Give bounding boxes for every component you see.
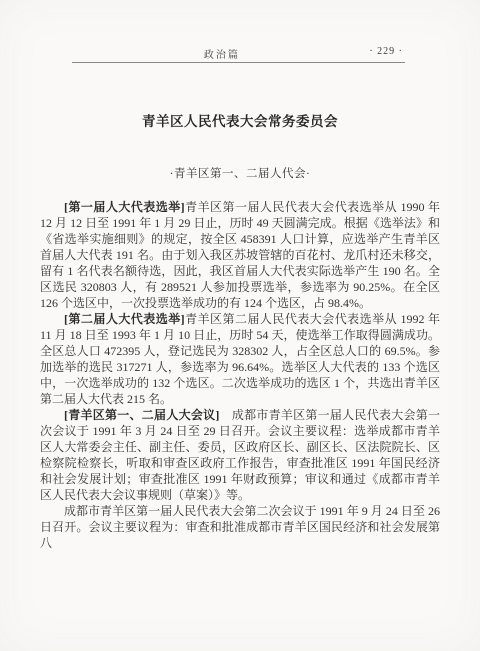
article-title: 青羊区人民代表大会常务委员会 [40, 110, 440, 130]
paragraph-congress-sessions: [青羊区第一、二届人大会议] 成都市青羊区第一届人民代表大会第一次会议于 199… [40, 407, 440, 503]
entry-head: [第二届人大代表选举] [64, 312, 185, 326]
section-subtitle: ·青羊区第一、二届人代会· [40, 165, 440, 181]
paragraph-text: 成都市青羊区第一届人民代表大会第二次会议于 1991 年 9 月 24 日至 2… [40, 504, 440, 550]
entry-head: [青羊区第一、二届人大会议] [64, 408, 219, 422]
paragraph-text: 青羊区第一届人民代表大会代表选举从 1990 年 12 月 12 日至 1991… [40, 200, 440, 310]
paragraph-first-election: [第一届人大代表选举]青羊区第一届人民代表大会代表选举从 1990 年 12 月… [40, 199, 440, 311]
paragraph-second-election: [第二届人大代表选举]青羊区第二届人民代表大会代表选举从 1992 年 11 月… [40, 311, 440, 407]
paragraph-second-session: 成都市青羊区第一届人民代表大会第二次会议于 1991 年 9 月 24 日至 2… [40, 503, 440, 551]
running-header: 政治篇 · 229 · [72, 45, 405, 63]
header-page-number: · 229 · [369, 46, 403, 57]
paragraph-text: 青羊区第二届人民代表大会代表选举从 1992 年 11 月 18 日至 1993… [40, 312, 440, 406]
entry-head: [第一届人大代表选举] [64, 200, 185, 214]
scanned-book-page: 政治篇 · 229 · 青羊区人民代表大会常务委员会 ·青羊区第一、二届人代会·… [0, 0, 480, 651]
paragraph-text: 成都市青羊区第一届人民代表大会第一次会议于 1991 年 3 月 24 日至 2… [40, 408, 440, 502]
body-text: [第一届人大代表选举]青羊区第一届人民代表大会代表选举从 1990 年 12 月… [40, 199, 440, 551]
header-section-title: 政治篇 [204, 46, 240, 61]
